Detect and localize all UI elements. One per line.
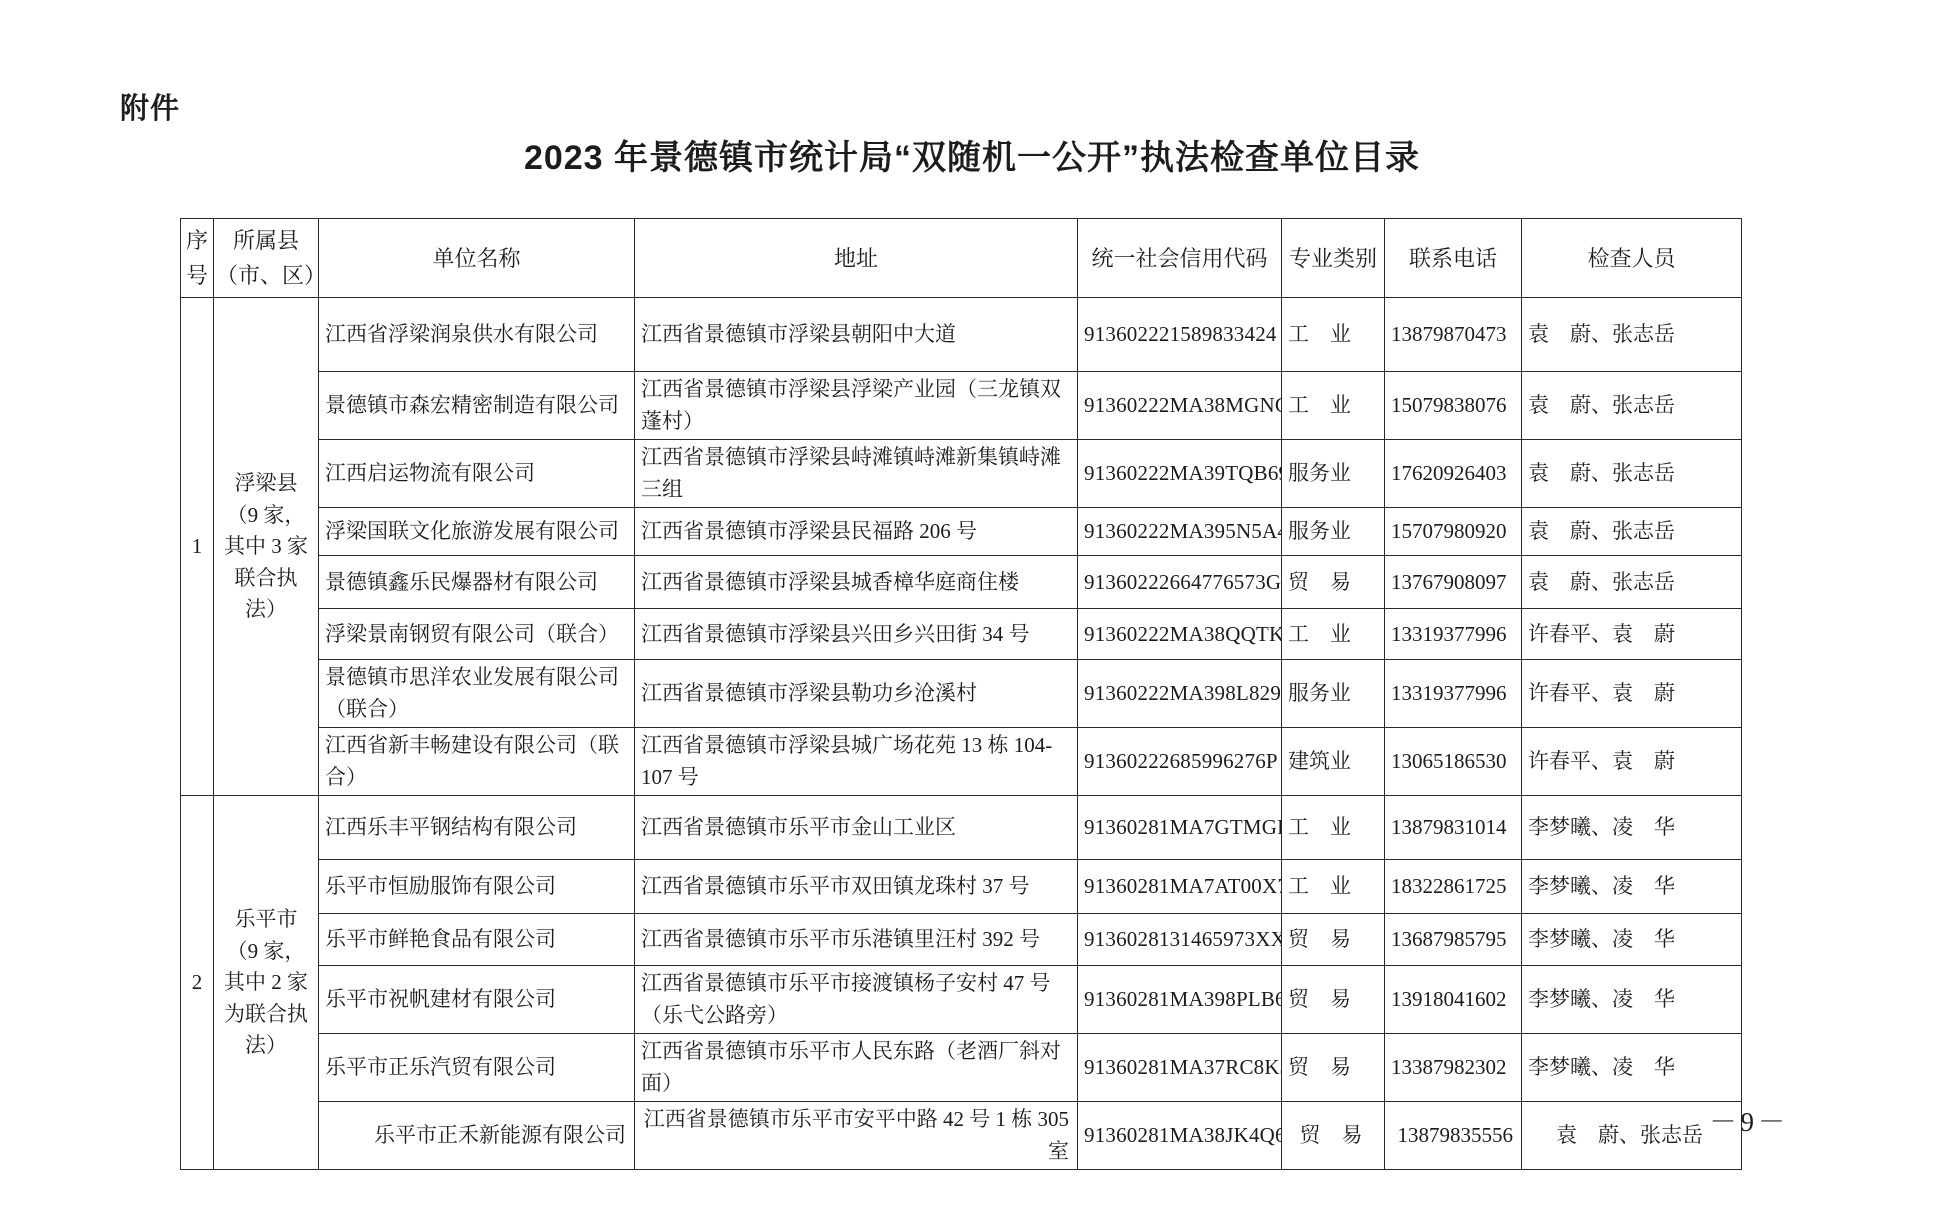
category-cell: 建筑业 <box>1282 728 1385 796</box>
address-cell: 江西省景德镇市浮梁县兴田乡兴田街 34 号 <box>635 609 1078 660</box>
unit-name-cell: 浮梁国联文化旅游发展有限公司 <box>319 508 635 556</box>
unit-name-cell: 乐平市鲜艳食品有限公司 <box>319 914 635 966</box>
inspectors-cell: 李梦曦、凌 华 <box>1522 860 1742 914</box>
table-row: 江西省新丰畅建设有限公司（联合） 江西省景德镇市浮梁县城广场花苑 13 栋 10… <box>181 728 1742 796</box>
phone-cell: 15079838076 <box>1385 372 1522 440</box>
phone-cell: 15707980920 <box>1385 508 1522 556</box>
credit-code-cell: 9136028131465973XX <box>1078 914 1282 966</box>
document-page: 附件 2023 年景德镇市统计局“双随机一公开”执法检查单位目录 序 号 所属县… <box>0 0 1944 1227</box>
phone-cell: 13387982302 <box>1385 1034 1522 1102</box>
credit-code-cell: 91360222MA395N5A4C <box>1078 508 1282 556</box>
table-row: 乐平市祝帆建材有限公司 江西省景德镇市乐平市接渡镇杨子安村 47 号（乐弋公路旁… <box>181 966 1742 1034</box>
unit-name-cell: 江西省新丰畅建设有限公司（联合） <box>319 728 635 796</box>
inspectors-cell: 许春平、袁 蔚 <box>1522 728 1742 796</box>
header-address: 地址 <box>635 219 1078 298</box>
inspectors-cell: 袁 蔚、张志岳 <box>1522 372 1742 440</box>
phone-cell: 13319377996 <box>1385 609 1522 660</box>
phone-cell: 13879835556 <box>1385 1102 1522 1170</box>
phone-cell: 13767908097 <box>1385 556 1522 609</box>
address-cell: 江西省景德镇市浮梁县城香樟华庭商住楼 <box>635 556 1078 609</box>
address-cell: 江西省景德镇市浮梁县勒功乡沧溪村 <box>635 660 1078 728</box>
inspectors-cell: 袁 蔚、张志岳 <box>1522 298 1742 372</box>
inspectors-cell: 许春平、袁 蔚 <box>1522 609 1742 660</box>
address-cell: 江西省景德镇市乐平市金山工业区 <box>635 796 1078 860</box>
credit-code-cell: 91360281MA37RC8K3F <box>1078 1034 1282 1102</box>
phone-cell: 13918041602 <box>1385 966 1522 1034</box>
credit-code-cell: 91360281MA7AT00X7A <box>1078 860 1282 914</box>
category-cell: 工 业 <box>1282 372 1385 440</box>
inspectors-cell: 李梦曦、凌 华 <box>1522 1034 1742 1102</box>
category-cell: 服务业 <box>1282 508 1385 556</box>
inspectors-cell: 袁 蔚、张志岳 <box>1522 556 1742 609</box>
address-cell: 江西省景德镇市乐平市双田镇龙珠村 37 号 <box>635 860 1078 914</box>
table-row: 乐平市鲜艳食品有限公司 江西省景德镇市乐平市乐港镇里汪村 392 号 91360… <box>181 914 1742 966</box>
credit-code-cell: 91360222MA39TQB69T <box>1078 440 1282 508</box>
address-cell: 江西省景德镇市浮梁县城广场花苑 13 栋 104-107 号 <box>635 728 1078 796</box>
unit-name-cell: 乐平市恒励服饰有限公司 <box>319 860 635 914</box>
table-row: 乐平市恒励服饰有限公司 江西省景德镇市乐平市双田镇龙珠村 37 号 913602… <box>181 860 1742 914</box>
inspectors-cell: 李梦曦、凌 华 <box>1522 796 1742 860</box>
table-row: 江西启运物流有限公司 江西省景德镇市浮梁县峙滩镇峙滩新集镇峙滩三组 913602… <box>181 440 1742 508</box>
table-row: 乐平市正禾新能源有限公司 江西省景德镇市乐平市安平中路 42 号 1 栋 305… <box>181 1102 1742 1170</box>
table-row: 景德镇市森宏精密制造有限公司 江西省景德镇市浮梁县浮梁产业园（三龙镇双蓬村） 9… <box>181 372 1742 440</box>
phone-cell: 13879870473 <box>1385 298 1522 372</box>
page-number: －9－ <box>1710 1100 1790 1139</box>
category-cell: 工 业 <box>1282 860 1385 914</box>
credit-code-cell: 91360222MA38QQTK0F <box>1078 609 1282 660</box>
group-seq: 1 <box>181 298 214 796</box>
unit-name-cell: 乐平市正乐汽贸有限公司 <box>319 1034 635 1102</box>
category-cell: 贸 易 <box>1282 966 1385 1034</box>
phone-cell: 13687985795 <box>1385 914 1522 966</box>
phone-cell: 13319377996 <box>1385 660 1522 728</box>
attachment-label: 附件 <box>120 86 180 127</box>
credit-code-cell: 91360222MA398L829D <box>1078 660 1282 728</box>
category-cell: 贸 易 <box>1282 1034 1385 1102</box>
table-row: 1 浮梁县（9 家，其中 3 家联合执法） 江西省浮梁润泉供水有限公司 江西省景… <box>181 298 1742 372</box>
unit-name-cell: 江西乐丰平钢结构有限公司 <box>319 796 635 860</box>
unit-name-cell: 江西启运物流有限公司 <box>319 440 635 508</box>
header-inspectors: 检查人员 <box>1522 219 1742 298</box>
header-phone: 联系电话 <box>1385 219 1522 298</box>
table-row: 景德镇市思洋农业发展有限公司（联合） 江西省景德镇市浮梁县勒功乡沧溪村 9136… <box>181 660 1742 728</box>
credit-code-cell: 91360222MA38MGNC89 <box>1078 372 1282 440</box>
category-cell: 工 业 <box>1282 796 1385 860</box>
address-cell: 江西省景德镇市浮梁县朝阳中大道 <box>635 298 1078 372</box>
credit-code-cell: 913602221589833424 <box>1078 298 1282 372</box>
table-row: 2 乐平市（9 家，其中 2 家为联合执法） 江西乐丰平钢结构有限公司 江西省景… <box>181 796 1742 860</box>
unit-name-cell: 景德镇市思洋农业发展有限公司（联合） <box>319 660 635 728</box>
credit-code-cell: 91360222664776573G <box>1078 556 1282 609</box>
group-county: 乐平市（9 家，其中 2 家为联合执法） <box>214 796 319 1170</box>
header-unit-name: 单位名称 <box>319 219 635 298</box>
group-seq: 2 <box>181 796 214 1170</box>
address-cell: 江西省景德镇市浮梁县峙滩镇峙滩新集镇峙滩三组 <box>635 440 1078 508</box>
unit-name-cell: 乐平市祝帆建材有限公司 <box>319 966 635 1034</box>
phone-cell: 13065186530 <box>1385 728 1522 796</box>
category-cell: 工 业 <box>1282 298 1385 372</box>
category-cell: 服务业 <box>1282 660 1385 728</box>
table-row: 景德镇鑫乐民爆器材有限公司 江西省景德镇市浮梁县城香樟华庭商住楼 9136022… <box>181 556 1742 609</box>
category-cell: 贸 易 <box>1282 556 1385 609</box>
group-county: 浮梁县（9 家，其中 3 家联合执法） <box>214 298 319 796</box>
inspectors-cell: 袁 蔚、张志岳 <box>1522 508 1742 556</box>
table-row: 乐平市正乐汽贸有限公司 江西省景德镇市乐平市人民东路（老酒厂斜对面） 91360… <box>181 1034 1742 1102</box>
header-category: 专业类别 <box>1282 219 1385 298</box>
unit-name-cell: 景德镇鑫乐民爆器材有限公司 <box>319 556 635 609</box>
header-seq: 序 号 <box>181 219 214 298</box>
unit-name-cell: 江西省浮梁润泉供水有限公司 <box>319 298 635 372</box>
document-title: 2023 年景德镇市统计局“双随机一公开”执法检查单位目录 <box>0 130 1944 179</box>
phone-cell: 13879831014 <box>1385 796 1522 860</box>
address-cell: 江西省景德镇市乐平市乐港镇里汪村 392 号 <box>635 914 1078 966</box>
header-credit-code: 统一社会信用代码 <box>1078 219 1282 298</box>
credit-code-cell: 91360281MA398PLB6M <box>1078 966 1282 1034</box>
category-cell: 贸 易 <box>1282 1102 1385 1170</box>
table-row: 浮梁景南钢贸有限公司（联合） 江西省景德镇市浮梁县兴田乡兴田街 34 号 913… <box>181 609 1742 660</box>
inspectors-cell: 李梦曦、凌 华 <box>1522 914 1742 966</box>
unit-name-cell: 乐平市正禾新能源有限公司 <box>319 1102 635 1170</box>
header-county: 所属县 （市、区） <box>214 219 319 298</box>
address-cell: 江西省景德镇市乐平市人民东路（老酒厂斜对面） <box>635 1034 1078 1102</box>
unit-name-cell: 景德镇市森宏精密制造有限公司 <box>319 372 635 440</box>
phone-cell: 18322861725 <box>1385 860 1522 914</box>
inspectors-cell: 袁 蔚、张志岳 <box>1522 440 1742 508</box>
phone-cell: 17620926403 <box>1385 440 1522 508</box>
inspectors-cell: 袁 蔚、张志岳 <box>1522 1102 1742 1170</box>
units-table: 序 号 所属县 （市、区） 单位名称 地址 统一社会信用代码 专业类别 联系电话… <box>180 218 1742 1170</box>
inspectors-cell: 李梦曦、凌 华 <box>1522 966 1742 1034</box>
credit-code-cell: 91360222685996276P <box>1078 728 1282 796</box>
inspectors-cell: 许春平、袁 蔚 <box>1522 660 1742 728</box>
address-cell: 江西省景德镇市乐平市安平中路 42 号 1 栋 305 室 <box>635 1102 1078 1170</box>
table-header-row: 序 号 所属县 （市、区） 单位名称 地址 统一社会信用代码 专业类别 联系电话… <box>181 219 1742 298</box>
category-cell: 服务业 <box>1282 440 1385 508</box>
address-cell: 江西省景德镇市乐平市接渡镇杨子安村 47 号（乐弋公路旁） <box>635 966 1078 1034</box>
category-cell: 工 业 <box>1282 609 1385 660</box>
table-row: 浮梁国联文化旅游发展有限公司 江西省景德镇市浮梁县民福路 206 号 91360… <box>181 508 1742 556</box>
credit-code-cell: 91360281MA7GTMGR52 <box>1078 796 1282 860</box>
address-cell: 江西省景德镇市浮梁县浮梁产业园（三龙镇双蓬村） <box>635 372 1078 440</box>
unit-name-cell: 浮梁景南钢贸有限公司（联合） <box>319 609 635 660</box>
category-cell: 贸 易 <box>1282 914 1385 966</box>
credit-code-cell: 91360281MA38JK4Q66 <box>1078 1102 1282 1170</box>
address-cell: 江西省景德镇市浮梁县民福路 206 号 <box>635 508 1078 556</box>
